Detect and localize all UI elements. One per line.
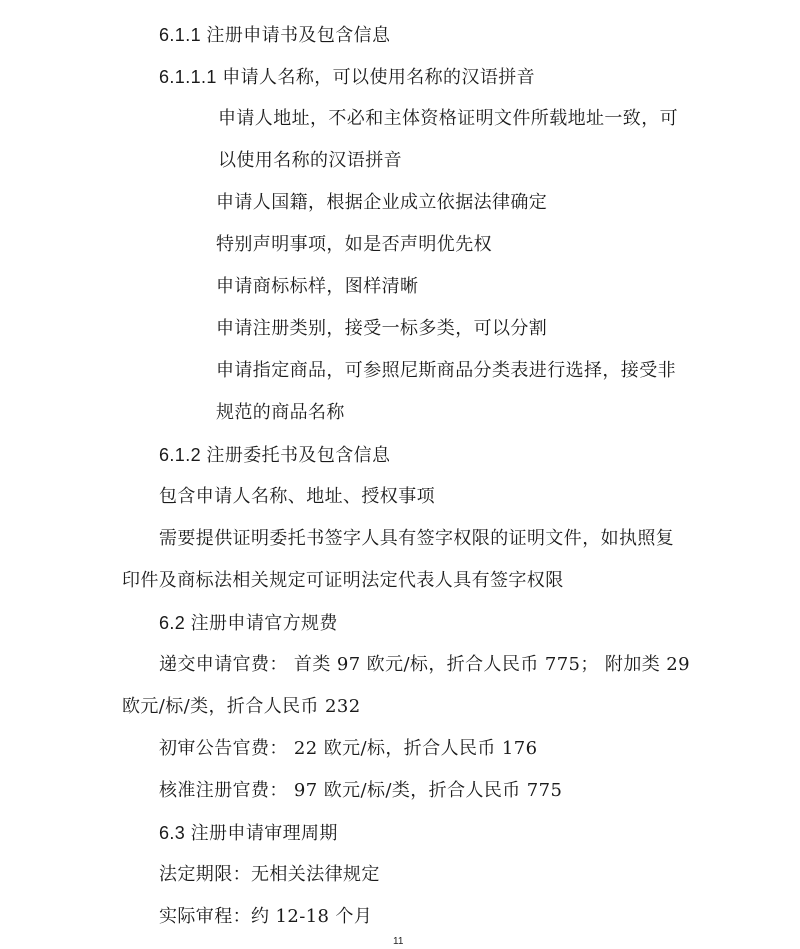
section-heading-6-1-2: 6.1.2 注册委托书及包含信息 (159, 444, 390, 466)
paragraph-special-declaration: 特别声明事项，如是否声明优先权 (216, 234, 492, 256)
paragraph-designated-goods-cont: 规范的商品名称 (216, 402, 345, 424)
paragraph-trademark-sample: 申请商标标样，图样清晰 (216, 276, 418, 298)
section-heading-6-3: 6.3 注册申请审理周期 (159, 822, 338, 844)
page-number: 11 (393, 936, 403, 948)
paragraph-designated-goods: 申请指定商品，可参照尼斯商品分类表进行选择，接受非 (216, 360, 676, 382)
section-heading-6-1-1-1: 6.1.1.1 申请人名称，可以使用名称的汉语拼音 (159, 66, 535, 88)
section-heading-6-2: 6.2 注册申请官方规费 (159, 612, 338, 634)
section-heading-6-1-1: 6.1.1 注册申请书及包含信息 (159, 24, 390, 46)
paragraph-applicant-address-cont: 以使用名称的汉语拼音 (218, 150, 402, 172)
paragraph-publication-fee: 初审公告官费： 22 欧元/标，折合人民币 176 (159, 738, 538, 760)
paragraph-registration-class: 申请注册类别，接受一标多类，可以分割 (216, 318, 547, 340)
paragraph-registration-fee: 核准注册官费： 97 欧元/标/类，折合人民币 775 (159, 780, 562, 802)
document-page: 6.1.1 注册申请书及包含信息 6.1.1.1 申请人名称，可以使用名称的汉语… (0, 0, 800, 949)
paragraph-power-of-attorney-contents: 包含申请人名称、地址、授权事项 (159, 486, 435, 508)
paragraph-actual-period: 实际审程：约 12-18 个月 (159, 906, 372, 928)
paragraph-filing-fee: 递交申请官费： 首类 97 欧元/标，折合人民币 775； 附加类 29 (159, 654, 690, 676)
paragraph-statutory-period: 法定期限：无相关法律规定 (159, 864, 380, 886)
paragraph-applicant-nationality: 申请人国籍，根据企业成立依据法律确定 (216, 192, 547, 214)
paragraph-signatory-proof: 需要提供证明委托书签字人具有签字权限的证明文件，如执照复 (159, 528, 674, 550)
paragraph-applicant-address: 申请人地址，不必和主体资格证明文件所载地址一致，可 (218, 108, 678, 130)
paragraph-signatory-proof-cont: 印件及商标法相关规定可证明法定代表人具有签字权限 (122, 570, 564, 592)
paragraph-filing-fee-cont: 欧元/标/类，折合人民币 232 (122, 696, 361, 718)
